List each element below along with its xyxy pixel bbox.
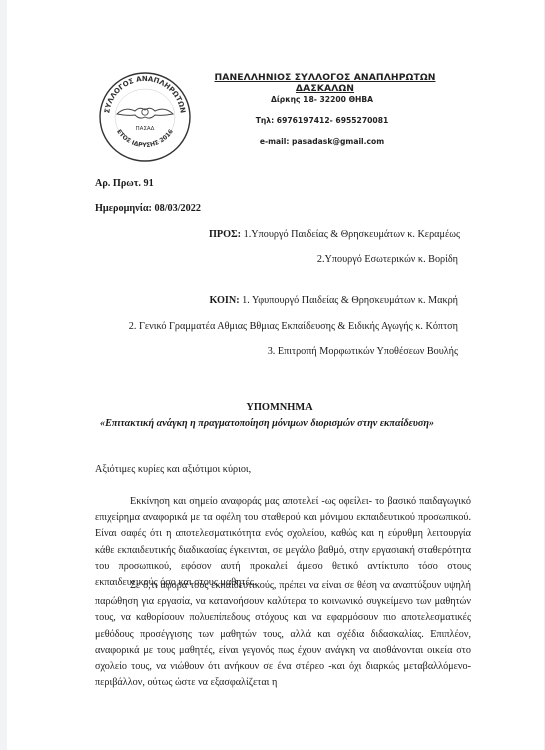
greeting: Αξιότιμες κυρίες και αξιότιμοι κύριοι,: [95, 464, 251, 475]
recipient-to-1: ΠΡΟΣ: 1.Υπουργό Παιδείας & Θρησκευμάτων …: [209, 229, 460, 240]
protocol-number: Αρ. Πρωτ. 91: [95, 178, 154, 189]
cc-label: ΚΟΙΝ:: [209, 295, 239, 306]
body-paragraph: Εκκίνηση και σημείο αναφοράς μας αποτελε…: [95, 494, 471, 591]
recipient-cc-2: 2. Γενικό Γραμματέα Αθμιας Βθμιας Εκπαίδ…: [129, 321, 458, 332]
organization-address: Δίρκης 18- 32200 ΘΗΒΑ: [187, 95, 457, 104]
recipient-cc-3: 3. Επιτροπή Μορφωτικών Υποθέσεων Βουλής: [268, 346, 458, 357]
memo-title: ΥΠΟΜΝΗΜΑ: [7, 402, 545, 413]
recipient-text: 1.Υπουργό Παιδείας & Θρησκευμάτων κ. Κερ…: [244, 229, 460, 240]
memo-subtitle: «Επιτακτική ανάγκη η πραγματοποίηση μόνι…: [100, 418, 434, 429]
document-date: Ημερομηνία: 08/03/2022: [95, 203, 201, 214]
organization-phone: Τηλ: 6976197412- 6955270081: [187, 116, 457, 125]
recipient-to-2: 2.Υπουργό Εσωτερικών κ. Βορίδη: [317, 254, 458, 265]
date-label: Ημερομηνία:: [95, 203, 152, 214]
recipient-text: 1. Υφυπουργό Παιδείας & Θρησκευμάτων κ. …: [242, 295, 458, 306]
svg-text:ΣΥΛΛΟΓΟΣ ΑΝΑΠΛΗΡΩΤΩΝ: ΣΥΛΛΟΓΟΣ ΑΝΑΠΛΗΡΩΤΩΝ: [103, 75, 187, 114]
date-value: 08/03/2022: [155, 203, 201, 214]
association-seal-logo: ΣΥΛΛΟΓΟΣ ΑΝΑΠΛΗΡΩΤΩΝ ΕΤΟΣ ΙΔΡΥΣΗΣ 2016 Π…: [95, 70, 195, 164]
organization-email: e-mail: pasadask@gmail.com: [187, 137, 457, 146]
svg-text:ΠΑΣΑΔ: ΠΑΣΑΔ: [136, 126, 155, 132]
document-page: ΣΥΛΛΟΓΟΣ ΑΝΑΠΛΗΡΩΤΩΝ ΕΤΟΣ ΙΔΡΥΣΗΣ 2016 Π…: [7, 0, 545, 750]
body-paragraph: Σε ό,τι αφορά τους εκπαιδευτικούς, πρέπε…: [95, 578, 471, 691]
to-label: ΠΡΟΣ:: [209, 229, 241, 240]
recipient-cc-1: ΚΟΙΝ: 1. Υφυπουργό Παιδείας & Θρησκευμάτ…: [209, 295, 458, 306]
organization-name: ΠΑΝΕΛΛΗΝΙΟΣ ΣΥΛΛΟΓΟΣ ΑΝΑΠΛΗΡΩΤΩΝ ΔΑΣΚΑΛΩ…: [195, 72, 455, 94]
